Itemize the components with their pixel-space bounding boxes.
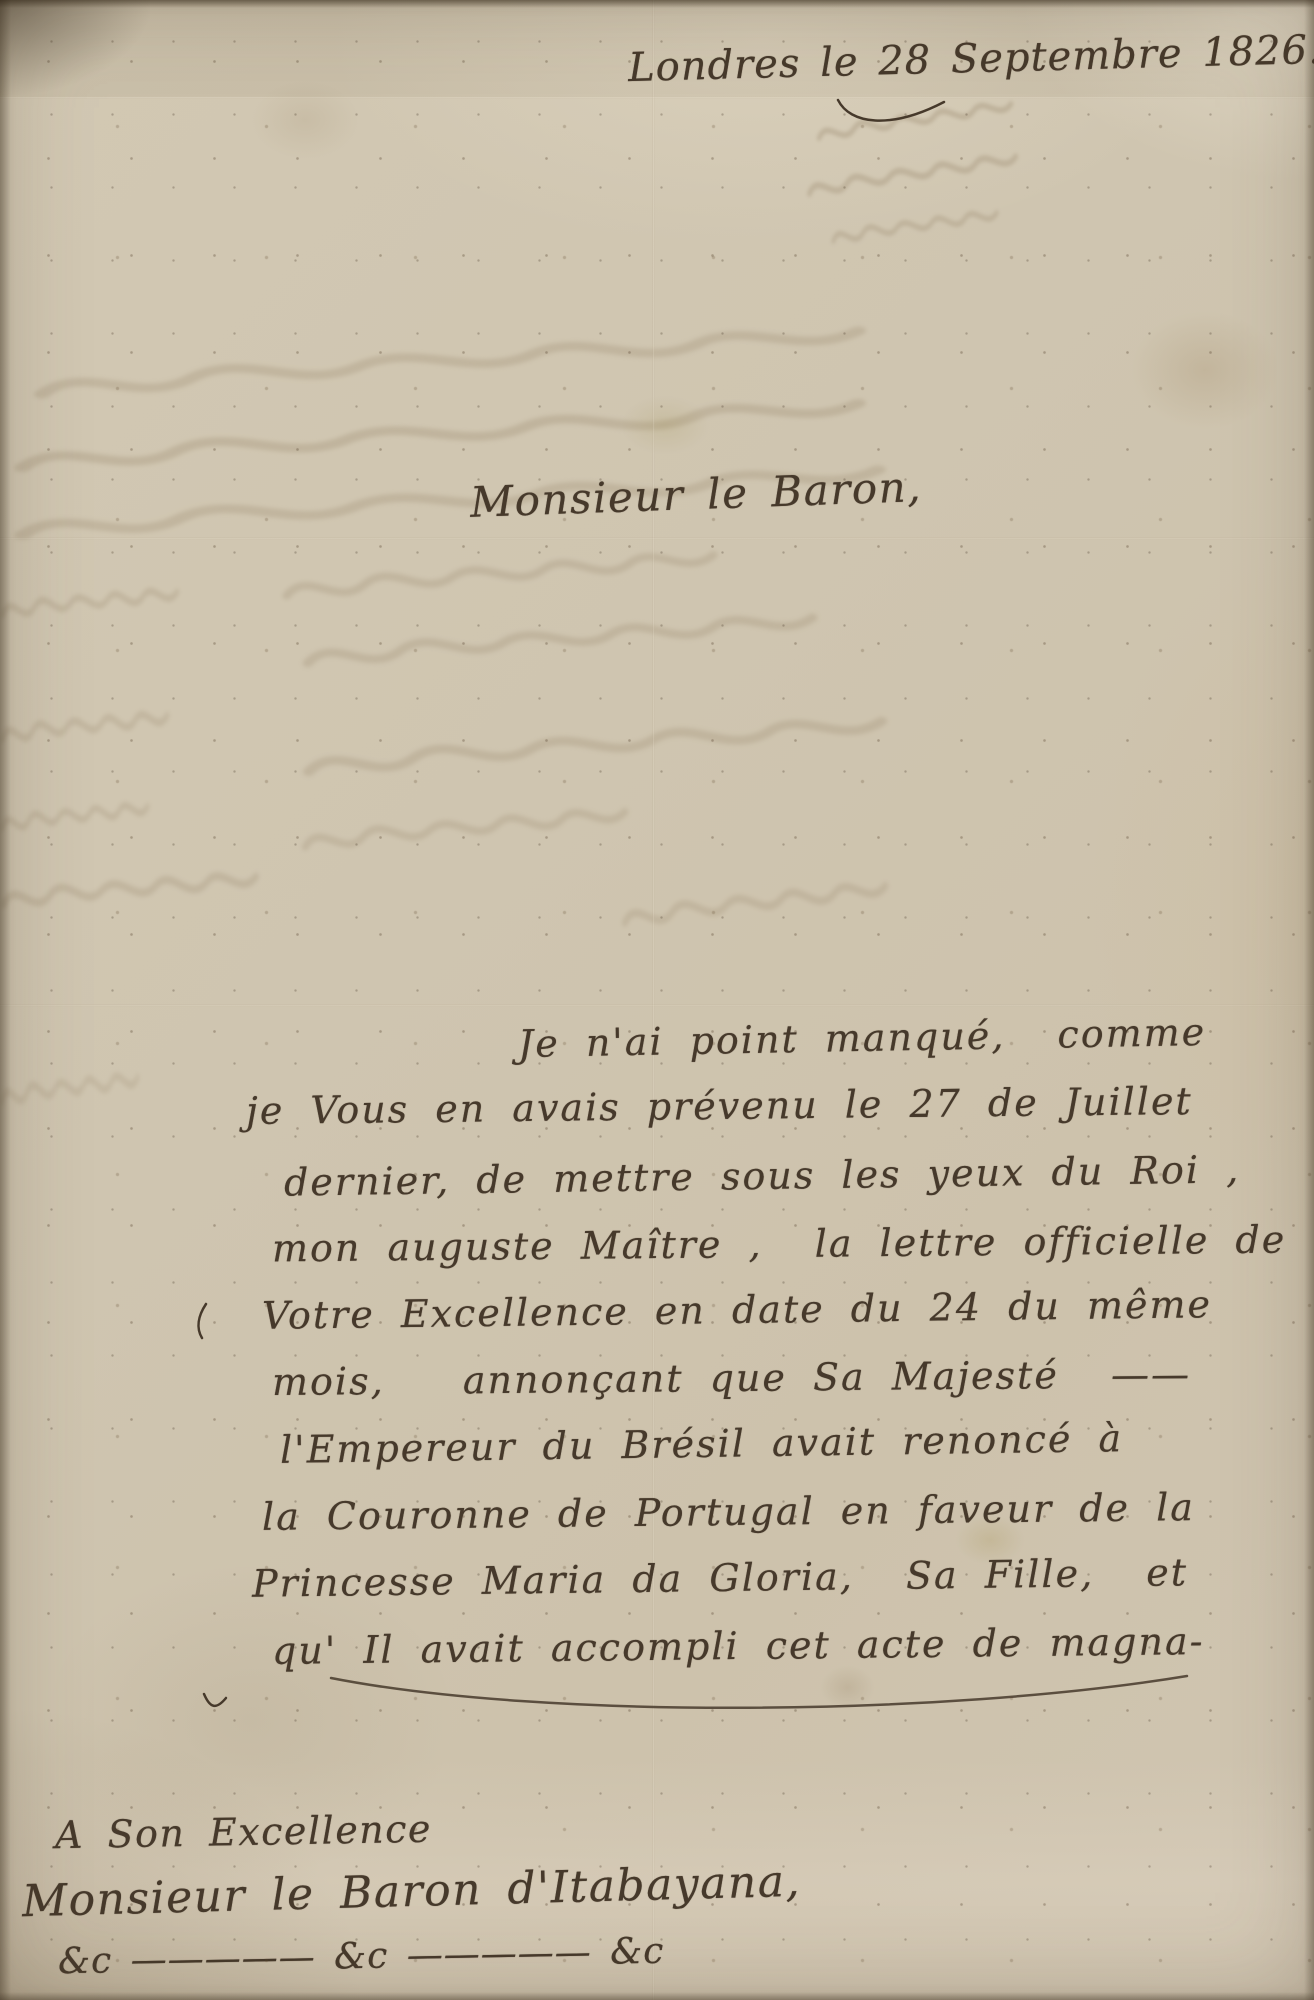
- fold-line-horizontal: [0, 537, 1314, 540]
- body-line: la Couronne de Portugal en faveur de la: [262, 1485, 1195, 1539]
- fold-line-vertical: [652, 0, 655, 2000]
- scan-corner-shadow: [0, 0, 150, 95]
- fold-line-horizontal: [0, 1004, 1314, 1007]
- bleedthrough-ghost-line: [0, 697, 171, 755]
- body-line: Votre Excellence en date du 24 du même: [262, 1282, 1212, 1338]
- body-line: je Vous en avais prévenu le 27 de Juille…: [246, 1079, 1193, 1133]
- scan-edge-right: [1304, 0, 1314, 2000]
- bleedthrough-ghost-line: [0, 789, 151, 842]
- paper-stain: [620, 395, 710, 455]
- body-line: mois, annonçant que Sa Majesté ——: [272, 1352, 1191, 1404]
- salutation: Monsieur le Baron,: [469, 462, 922, 527]
- dateline: Londres le 28 Septembre 1826.: [628, 27, 1314, 91]
- bleedthrough-ghost-line: [618, 867, 891, 940]
- bleedthrough-ghost-line: [29, 310, 871, 412]
- body-line: qu' Il avait accompli cet acte de magna-: [272, 1619, 1205, 1673]
- bleedthrough-ghost-line: [0, 857, 261, 920]
- paper-stain: [820, 1665, 875, 1710]
- bleedthrough-ghost-line: [0, 575, 181, 629]
- bleedthrough-ghost-line: [0, 1058, 141, 1119]
- scan-edge-bottom: [0, 1992, 1314, 2000]
- bleedthrough-ghost-line: [813, 90, 1016, 151]
- fold-line-horizontal: [0, 96, 1314, 99]
- paper-stain: [250, 80, 360, 160]
- dateline-flourish: [832, 92, 952, 132]
- body-line: Je n'ai point manqué, comme: [518, 1010, 1207, 1066]
- bleedthrough-ghost-line: [279, 537, 721, 612]
- address-line-2: Monsieur le Baron d'Itabayana,: [21, 1856, 801, 1927]
- scan-edge-left: [0, 0, 11, 2000]
- body-line: Princesse Maria da Gloria, Sa Fille, et: [252, 1550, 1189, 1605]
- edge-vignette: [0, 0, 1314, 2000]
- paper-speckle-overlay: [0, 0, 1314, 2000]
- body-line: dernier, de mettre sous les yeux du Roi …: [284, 1147, 1241, 1204]
- paper-stain: [1130, 310, 1280, 430]
- stray-pen-mark: [200, 1688, 230, 1714]
- bleedthrough-ghost-line: [803, 141, 1021, 207]
- bleedthrough-ghost-line: [299, 793, 631, 862]
- body-line: mon auguste Maître , la lettre officiell…: [272, 1218, 1287, 1271]
- stray-pen-mark: [188, 1300, 212, 1342]
- address-line-3: &c ————— &c ————— &c: [58, 1931, 665, 1983]
- bleedthrough-ghost-line: [829, 199, 1002, 254]
- bleedthrough-ghost-line: [299, 598, 821, 679]
- bleedthrough-ghost-line: [299, 701, 891, 790]
- scan-edge-top: [0, 0, 1314, 8]
- address-line-1: A Son Excellence: [55, 1807, 433, 1858]
- scanned-letter-page: Londres le 28 Septembre 1826. Monsieur l…: [0, 0, 1314, 2000]
- body-line: l'Empereur du Brésil avait renoncé à: [280, 1416, 1124, 1472]
